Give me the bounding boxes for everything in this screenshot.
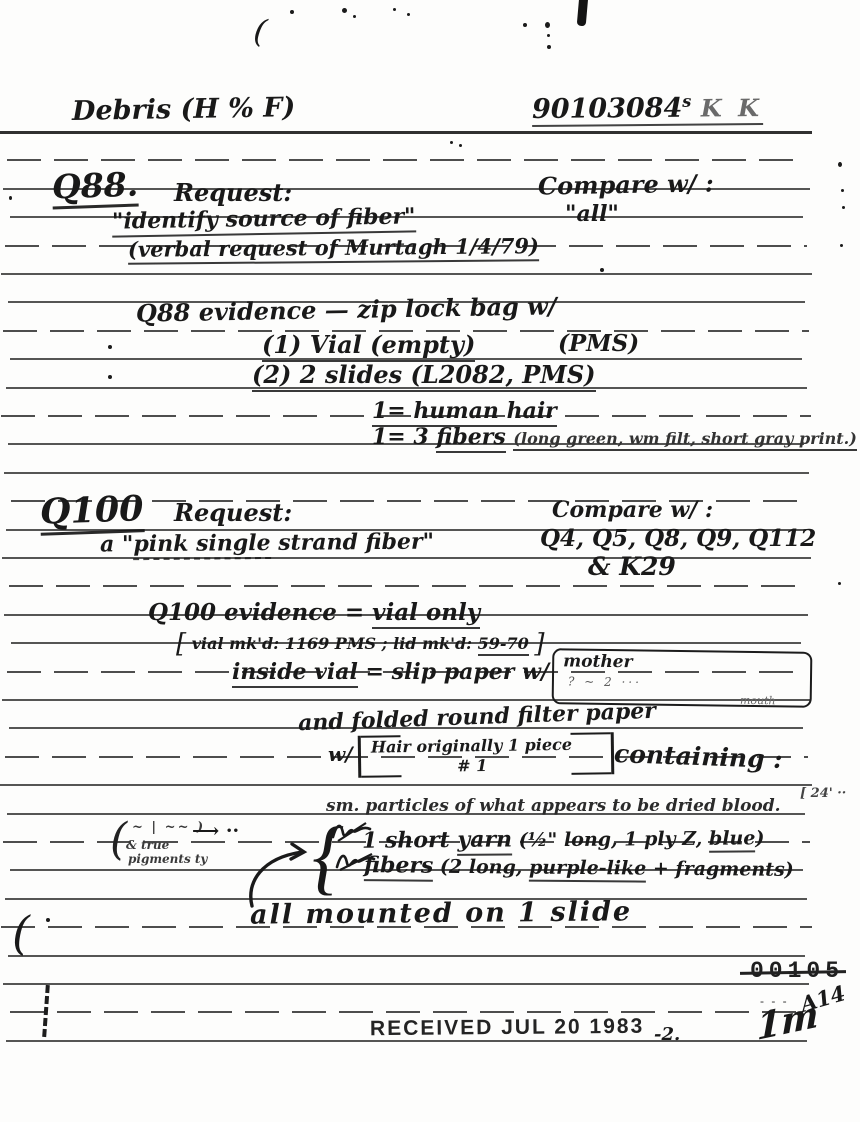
ruled-line xyxy=(10,1011,802,1013)
speck xyxy=(393,8,396,11)
speck xyxy=(547,45,551,49)
q88-slide-note-2: 1= 3 fibers (long green, wm filt, short … xyxy=(372,424,857,450)
q100-evidence-line: Q100 evidence = vial only xyxy=(148,599,480,626)
ruled-line xyxy=(3,983,809,985)
q88-evidence-intro: Q88 evidence — zip lock bag w/ xyxy=(136,291,557,327)
q100-compare-value-line2: & K29 xyxy=(588,552,676,581)
speck xyxy=(547,34,550,37)
mother-annotation-box: mother ? ~ 2 ··· mouth xyxy=(552,648,813,708)
ruled-line xyxy=(8,955,805,957)
margin-note-line2: & true xyxy=(126,838,169,852)
q88-compare-heading: Compare w/ : xyxy=(538,168,714,200)
mother-box-line1: mother xyxy=(563,651,633,672)
speck xyxy=(600,268,604,272)
scanned-note-page: ( Debris (H % F) 90103084s K K Q88. Requ… xyxy=(0,0,860,1122)
q100-compare-value-line1: Q4, Q5, Q8, Q9, Q112 xyxy=(540,525,816,552)
hair-box-line1: Hair originally 1 piece xyxy=(371,735,572,757)
ruled-line xyxy=(7,159,805,161)
q88-compare-value: "all" xyxy=(565,201,619,227)
stray-paren-mark: ( xyxy=(12,906,30,960)
speck xyxy=(407,13,410,16)
yarn-item-line: 1 short yarn (½" long, 1 ply Z, blue) xyxy=(362,824,765,854)
speck xyxy=(545,22,550,28)
speck xyxy=(342,8,347,13)
ruled-line xyxy=(2,557,811,559)
speck xyxy=(838,582,841,585)
margin-note-line3: pigments ty xyxy=(128,852,207,866)
ruled-line xyxy=(0,784,812,786)
speck xyxy=(46,918,50,922)
margin-note-paren: ( xyxy=(110,814,127,865)
scan-artifact-bar xyxy=(577,0,589,26)
ruled-line xyxy=(4,472,809,474)
speck xyxy=(9,196,12,200)
routing-code: A14 xyxy=(797,980,848,1017)
q100-label: Q100 xyxy=(39,488,144,536)
q88-evidence-item-1: (1) Vial (empty) xyxy=(262,330,475,362)
speck xyxy=(108,345,112,349)
ruled-line xyxy=(0,131,812,134)
q88-evidence-item-2: (2) 2 slides (L2082, PMS) xyxy=(252,360,596,392)
q100-inside-vial-line: inside vial = slip paper w/ xyxy=(232,659,549,685)
ruled-line xyxy=(9,585,804,587)
speck xyxy=(840,244,843,247)
q100-request-heading: Request: xyxy=(174,498,292,527)
speck xyxy=(459,144,462,147)
q88-evidence-item-1-mark: (PMS) xyxy=(558,330,639,357)
speck xyxy=(450,141,453,144)
page-suffix-note: -2. xyxy=(654,1024,680,1045)
mother-box-line3: mouth xyxy=(740,694,776,707)
dried-blood-particles-line: sm. particles of what appears to be drie… xyxy=(326,796,781,816)
particles-margin-note: [ 24' ·· xyxy=(800,786,846,801)
q88-verbal-note: (verbal request of Murtagh 1/4/79) xyxy=(128,233,539,265)
mother-box-line2: ? ~ 2 ··· xyxy=(568,674,642,689)
hair-box-line2: # 1 xyxy=(457,756,487,775)
case-number: 90103084s K K xyxy=(532,91,763,127)
speck xyxy=(353,15,356,18)
speck xyxy=(838,162,842,167)
q88-label: Q88. xyxy=(51,165,139,210)
speck xyxy=(290,10,294,14)
fibers-item-line: fibers (2 long, purple-like + fragments) xyxy=(364,852,794,882)
ruled-line xyxy=(1,273,812,275)
page-title: Debris (H % F) xyxy=(72,92,296,127)
right-arrow-icon: ⟶ ·· xyxy=(192,820,239,842)
with-label: w/ xyxy=(328,742,353,766)
q88-request-heading: Request: xyxy=(174,178,292,207)
q88-request-quote: "identify source of fiber" xyxy=(112,203,416,237)
folded-filter-paper-line: and folded round filter paper xyxy=(298,698,657,736)
speck xyxy=(108,375,112,379)
q100-compare-heading: Compare w/ : xyxy=(552,497,713,523)
mounted-summary-line: all mounted on 1 slide xyxy=(250,896,632,930)
containing-label: containing : xyxy=(614,739,784,774)
received-date-stamp: RECEIVED JUL 20 1983 xyxy=(370,1015,644,1041)
stray-paren-mark: ( xyxy=(251,11,269,50)
speck xyxy=(841,189,844,192)
q88-slide-note-1: 1= human hair xyxy=(372,398,557,427)
speck xyxy=(842,206,845,209)
speck xyxy=(523,23,527,27)
hair-annotation-box: Hair originally 1 piece # 1 xyxy=(358,732,615,778)
q100-vial-markings: [ vial mk'd: 1169 PMS ; lid mk'd: 59-70 … xyxy=(176,629,545,659)
q100-request-quote: a "pink single strand fiber" xyxy=(100,529,434,558)
